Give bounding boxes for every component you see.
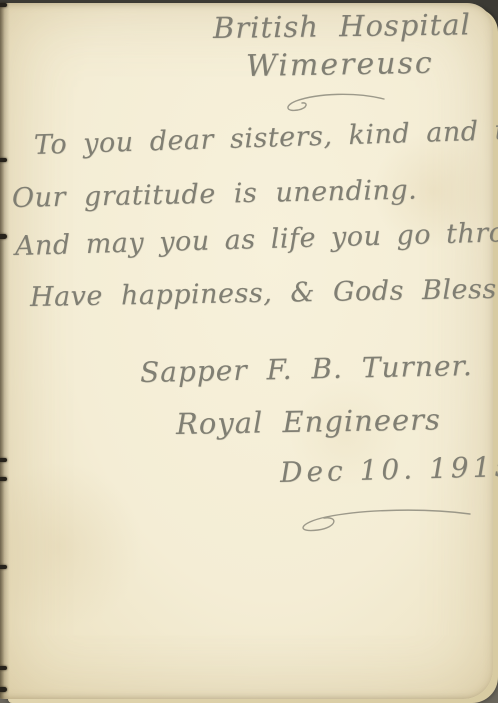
poem-line-1: To you dear sisters, kind and true,	[34, 113, 498, 161]
binding-edge	[0, 3, 10, 699]
binding-stitch	[0, 158, 7, 162]
poem-line-4: Have happiness, & Gods Blessing.	[30, 273, 498, 313]
signature-unit: Royal Engineers	[176, 402, 441, 441]
binding-stitch	[0, 477, 7, 481]
autograph-page: British Hospital Wimereusc To you dear s…	[0, 3, 493, 699]
poem-line-2: Our gratitude is unending.	[12, 175, 418, 214]
binding-stitch	[0, 234, 7, 239]
binding-stitch	[0, 458, 7, 462]
signature-name: Sapper F. B. Turner.	[140, 349, 473, 389]
scanned-page-scene: British Hospital Wimereusc To you dear s…	[0, 0, 498, 703]
header-location-line: Wimereusc	[246, 46, 434, 84]
binding-stitch	[0, 3, 7, 7]
binding-stitch	[0, 565, 7, 569]
pen-flourish-top-icon	[278, 89, 390, 123]
poem-line-3: And may you as life you go through	[15, 216, 498, 262]
binding-stitch	[0, 687, 7, 692]
signature-date: Dec 10. 1915	[280, 450, 498, 489]
header-hospital-line: British Hospital	[213, 7, 471, 45]
pen-flourish-bottom-icon	[286, 501, 476, 541]
binding-stitch	[0, 666, 7, 670]
